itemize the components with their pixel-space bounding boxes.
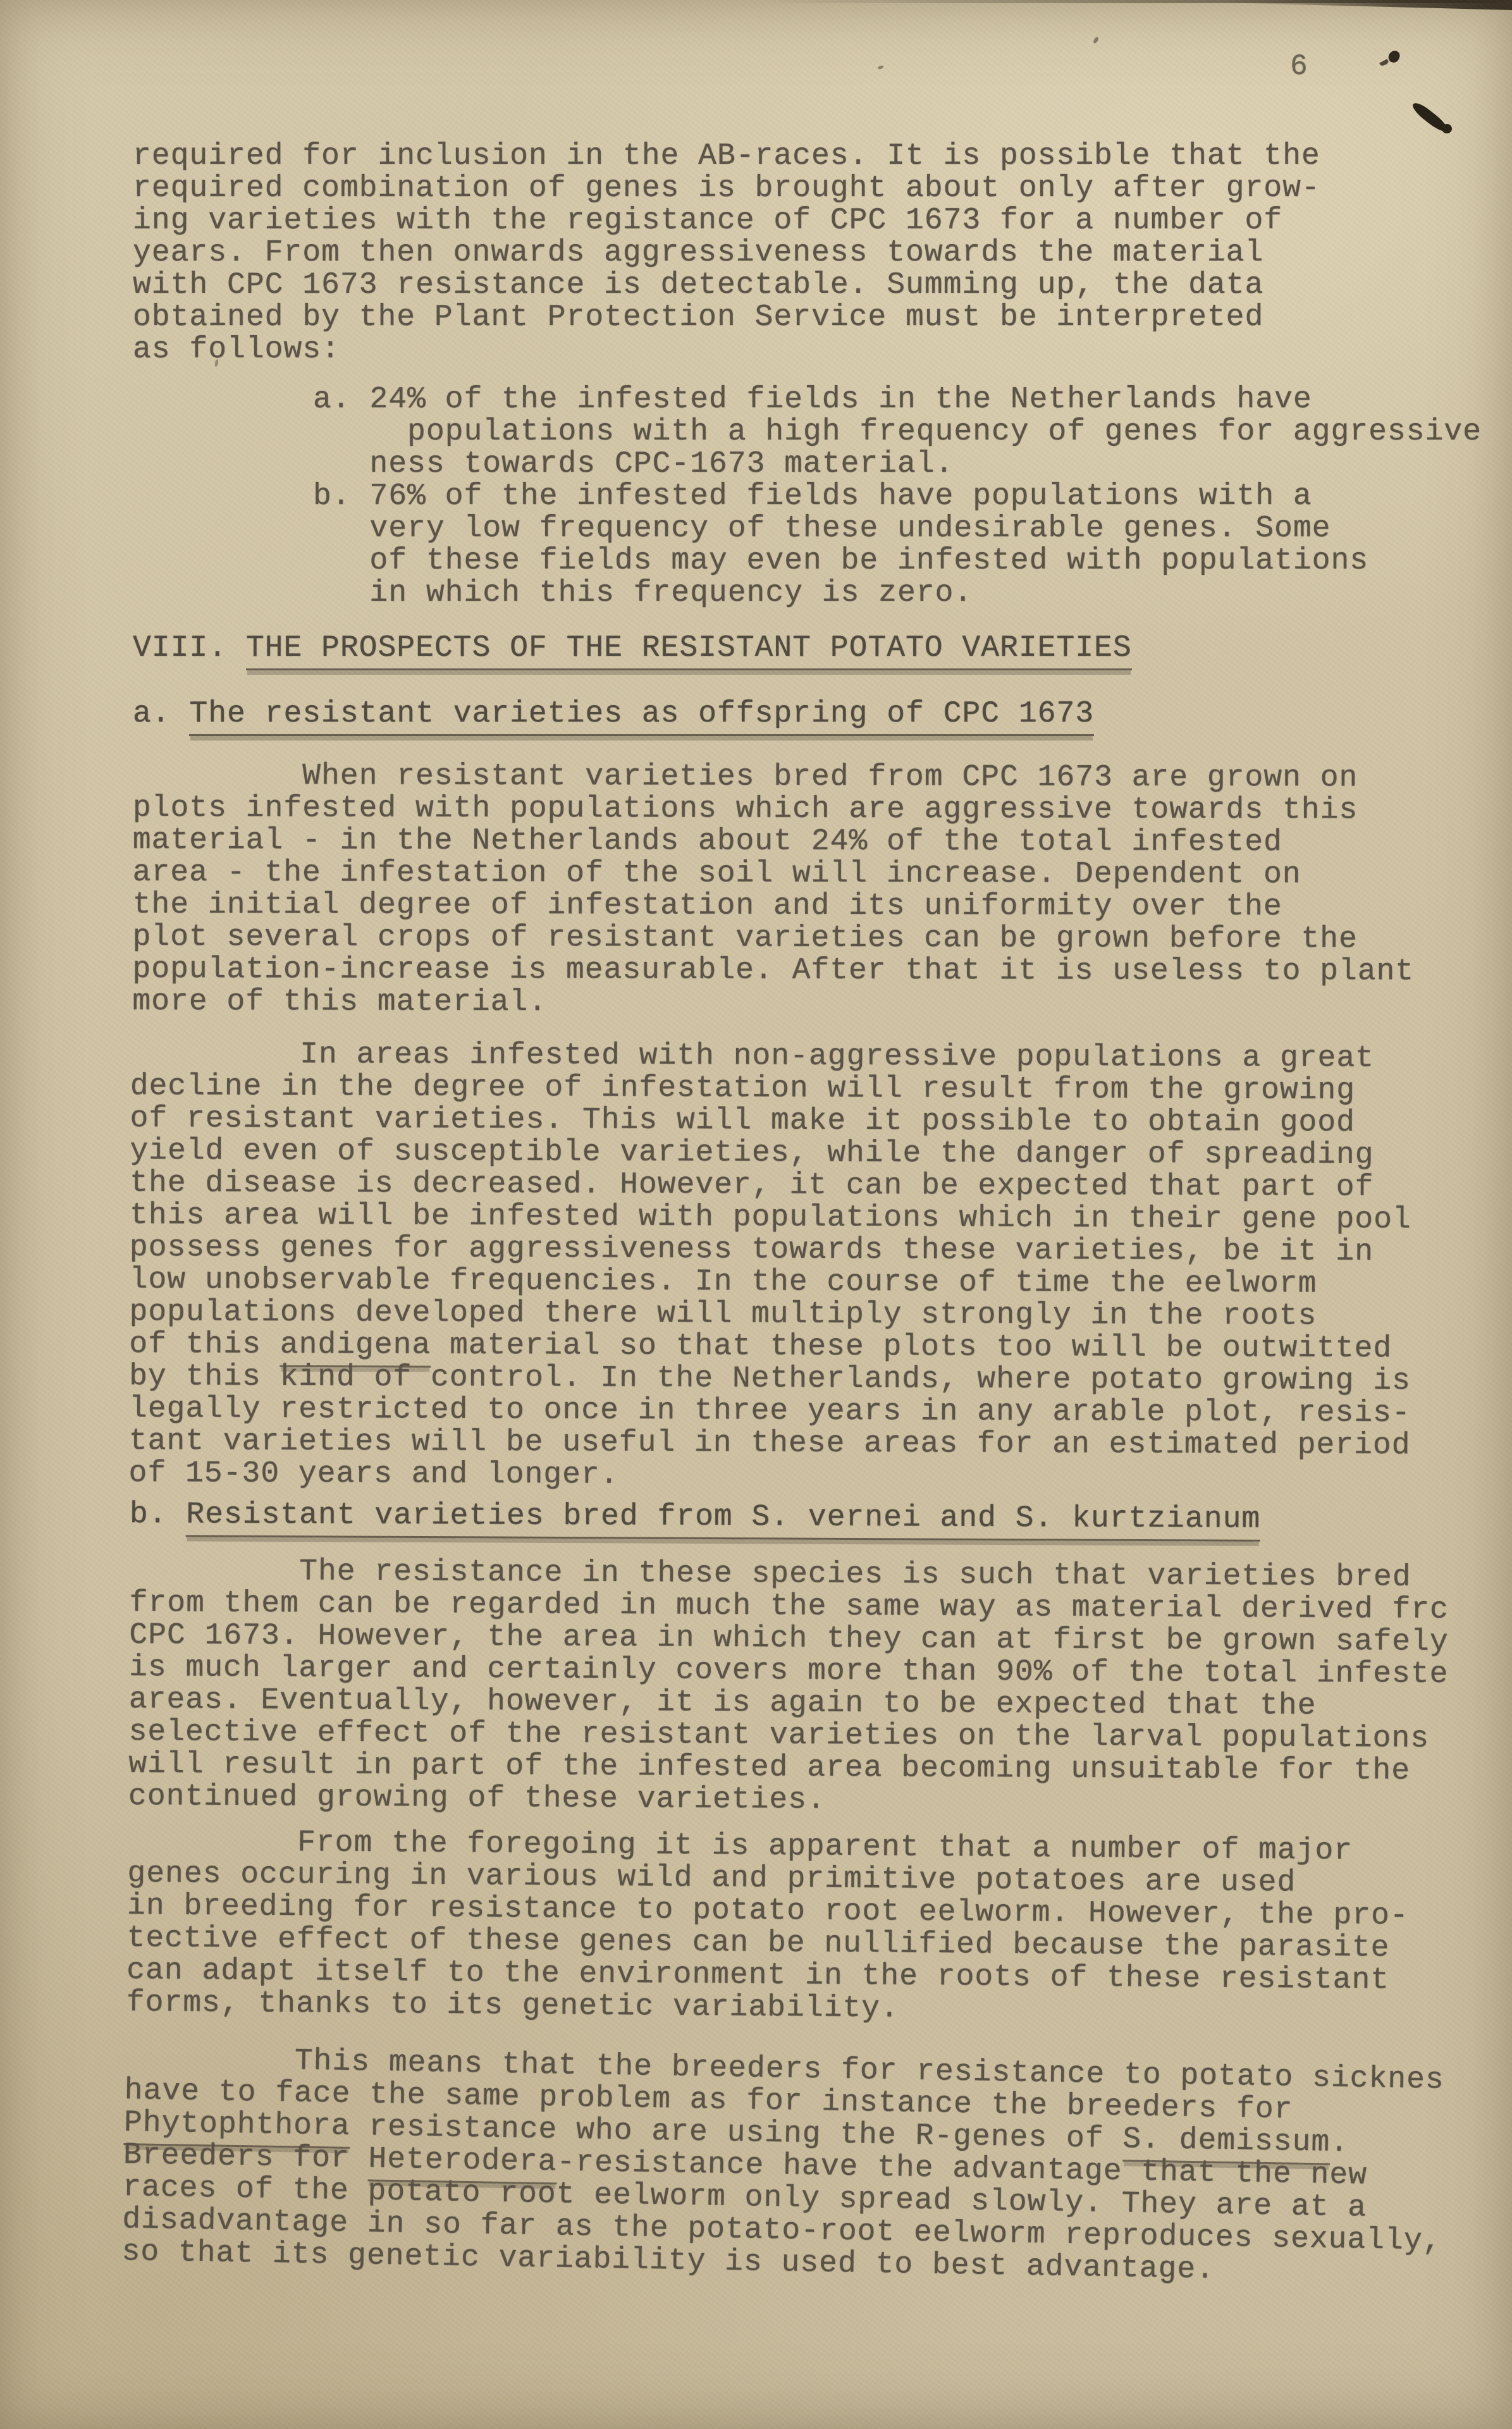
section-viii-number: VIII. [133, 631, 246, 665]
scan-edge-top-right-corner [1221, 0, 1512, 10]
subsection-a-paragraph-2: In areas infested with non-aggressive po… [129, 1038, 1412, 1494]
subsection-b-title: Resistant varieties bred from S. vernei … [186, 1497, 1260, 1541]
ink-blot-tail [1379, 59, 1389, 67]
ink-blot-diagonal-end [1442, 124, 1452, 133]
subsection-a-heading: a. The resistant varieties as offspring … [133, 698, 1094, 730]
paragraph-2-text-start: In areas infested with non-aggressive po… [129, 1037, 1411, 1362]
subsection-a-title: The resistant varieties as offspring of … [189, 697, 1094, 736]
subsection-b-paragraph-3: This means that the breeders for resista… [121, 2043, 1444, 2291]
subsection-b-heading: b. Resistant varieties bred from S. vern… [130, 1499, 1261, 1536]
section-viii-heading: VIII. THE PROSPECTS OF THE RESISTANT POT… [133, 632, 1132, 665]
subsection-a-paragraph-1: When resistant varieties bred from CPC 1… [132, 760, 1414, 1021]
subsection-b-marker: b. [130, 1497, 187, 1532]
paragraph-intro: required for inclusion in the AB-races. … [133, 140, 1320, 366]
scanned-document-page: { "page": { "number": "6", "paper_color"… [0, 0, 1512, 2429]
ink-blot-dot [1387, 49, 1401, 64]
ink-speck-small [1093, 36, 1100, 44]
scan-edge-top [632, 0, 1512, 3]
page-number: 6 [1290, 51, 1308, 83]
ink-blot-diagonal [1410, 100, 1449, 134]
ink-speck-apostrophe [878, 65, 884, 70]
subsection-a-marker: a. [133, 697, 189, 731]
list-item-b: b. 76% of the infested fields have popul… [313, 481, 1368, 610]
list-item-a: a. 24% of the infested fields in the Net… [313, 384, 1482, 481]
section-viii-title: THE PROSPECTS OF THE RESISTANT POTATO VA… [246, 631, 1132, 670]
subsection-b-paragraph-2: From the foregoing it is apparent that a… [126, 1826, 1410, 2029]
subsection-b-paragraph-1: The resistance in these species is such … [128, 1555, 1449, 1820]
